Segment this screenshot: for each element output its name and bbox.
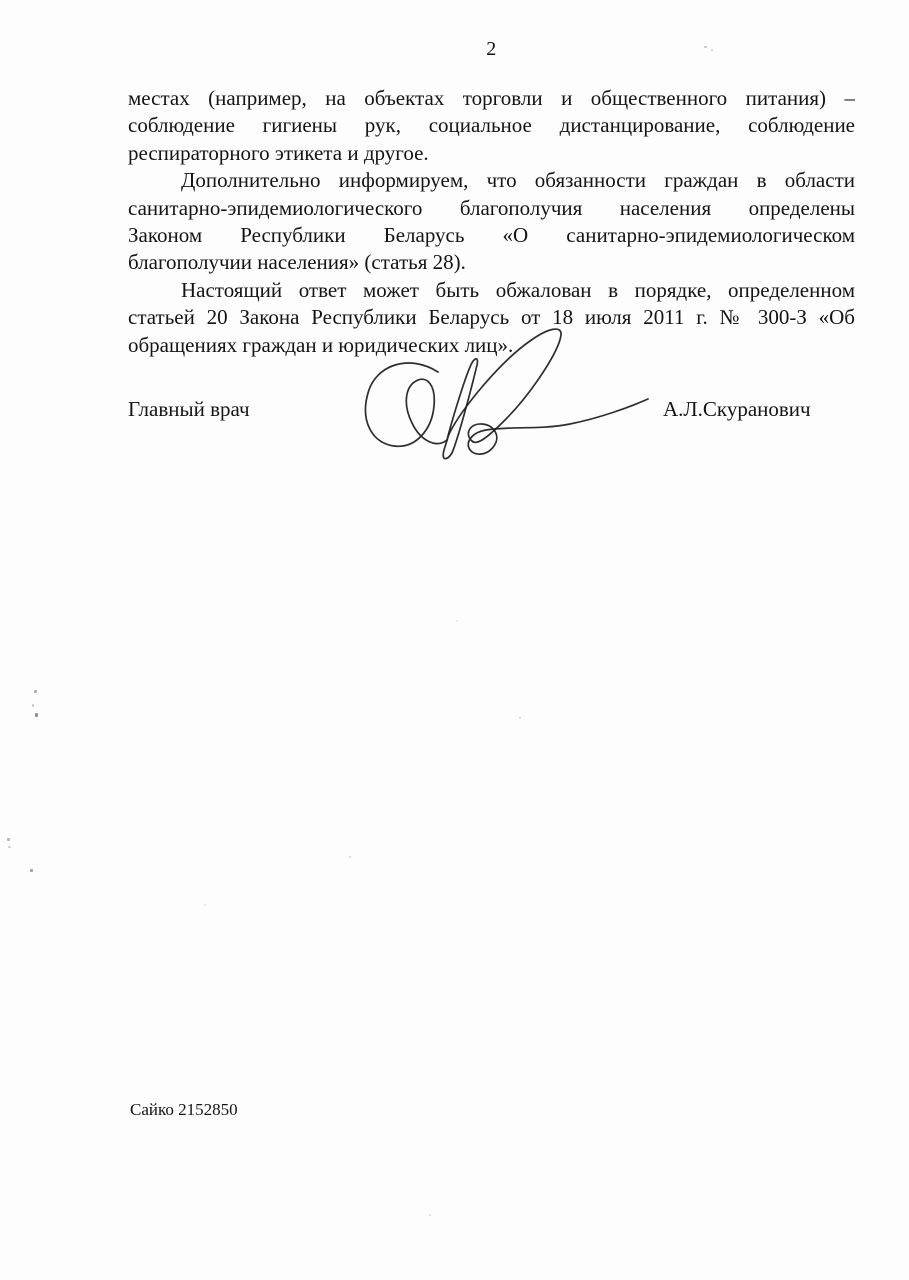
signatory-name: А.Л.Скуранович (663, 396, 811, 423)
body-line: Настоящий ответ может быть обжалован в п… (128, 277, 855, 304)
scan-speck (32, 704, 34, 707)
scan-speck (429, 1214, 431, 1216)
scan-speck (34, 690, 37, 693)
body-line: соблюдение гигиены рук, социальное диста… (128, 112, 855, 139)
body-line: Законом Республики Беларусь «О санитарно… (128, 222, 855, 249)
executor-reference: Сайко 2152850 (130, 1100, 238, 1120)
scan-speck (456, 620, 458, 622)
body-line: санитарно-эпидемиологического благополуч… (128, 195, 855, 222)
scan-speck (204, 904, 206, 906)
body-line: местах (например, на объектах торговли и… (128, 85, 855, 112)
scan-speck (519, 717, 521, 719)
document-body: местах (например, на объектах торговли и… (128, 85, 855, 359)
signatory-title: Главный врач (128, 396, 250, 423)
page-number: 2 (128, 38, 855, 61)
scan-speck (704, 46, 707, 48)
body-line: респираторного этикета и другое. (128, 140, 855, 167)
scan-speck (8, 846, 11, 848)
scan-speck (349, 856, 351, 858)
body-line: Дополнительно информируем, что обязаннос… (128, 167, 855, 194)
scan-speck (35, 713, 38, 717)
scan-speck (7, 838, 10, 841)
scan-speck (711, 49, 713, 51)
body-line: статьей 20 Закона Республики Беларусь от… (128, 304, 855, 331)
body-line: обращениях граждан и юридических лиц». (128, 332, 855, 359)
scan-speck (30, 869, 33, 872)
document-page: 2 местах (например, на объектах торговли… (0, 0, 909, 1280)
body-line: благополучии населения» (статья 28). (128, 249, 855, 276)
